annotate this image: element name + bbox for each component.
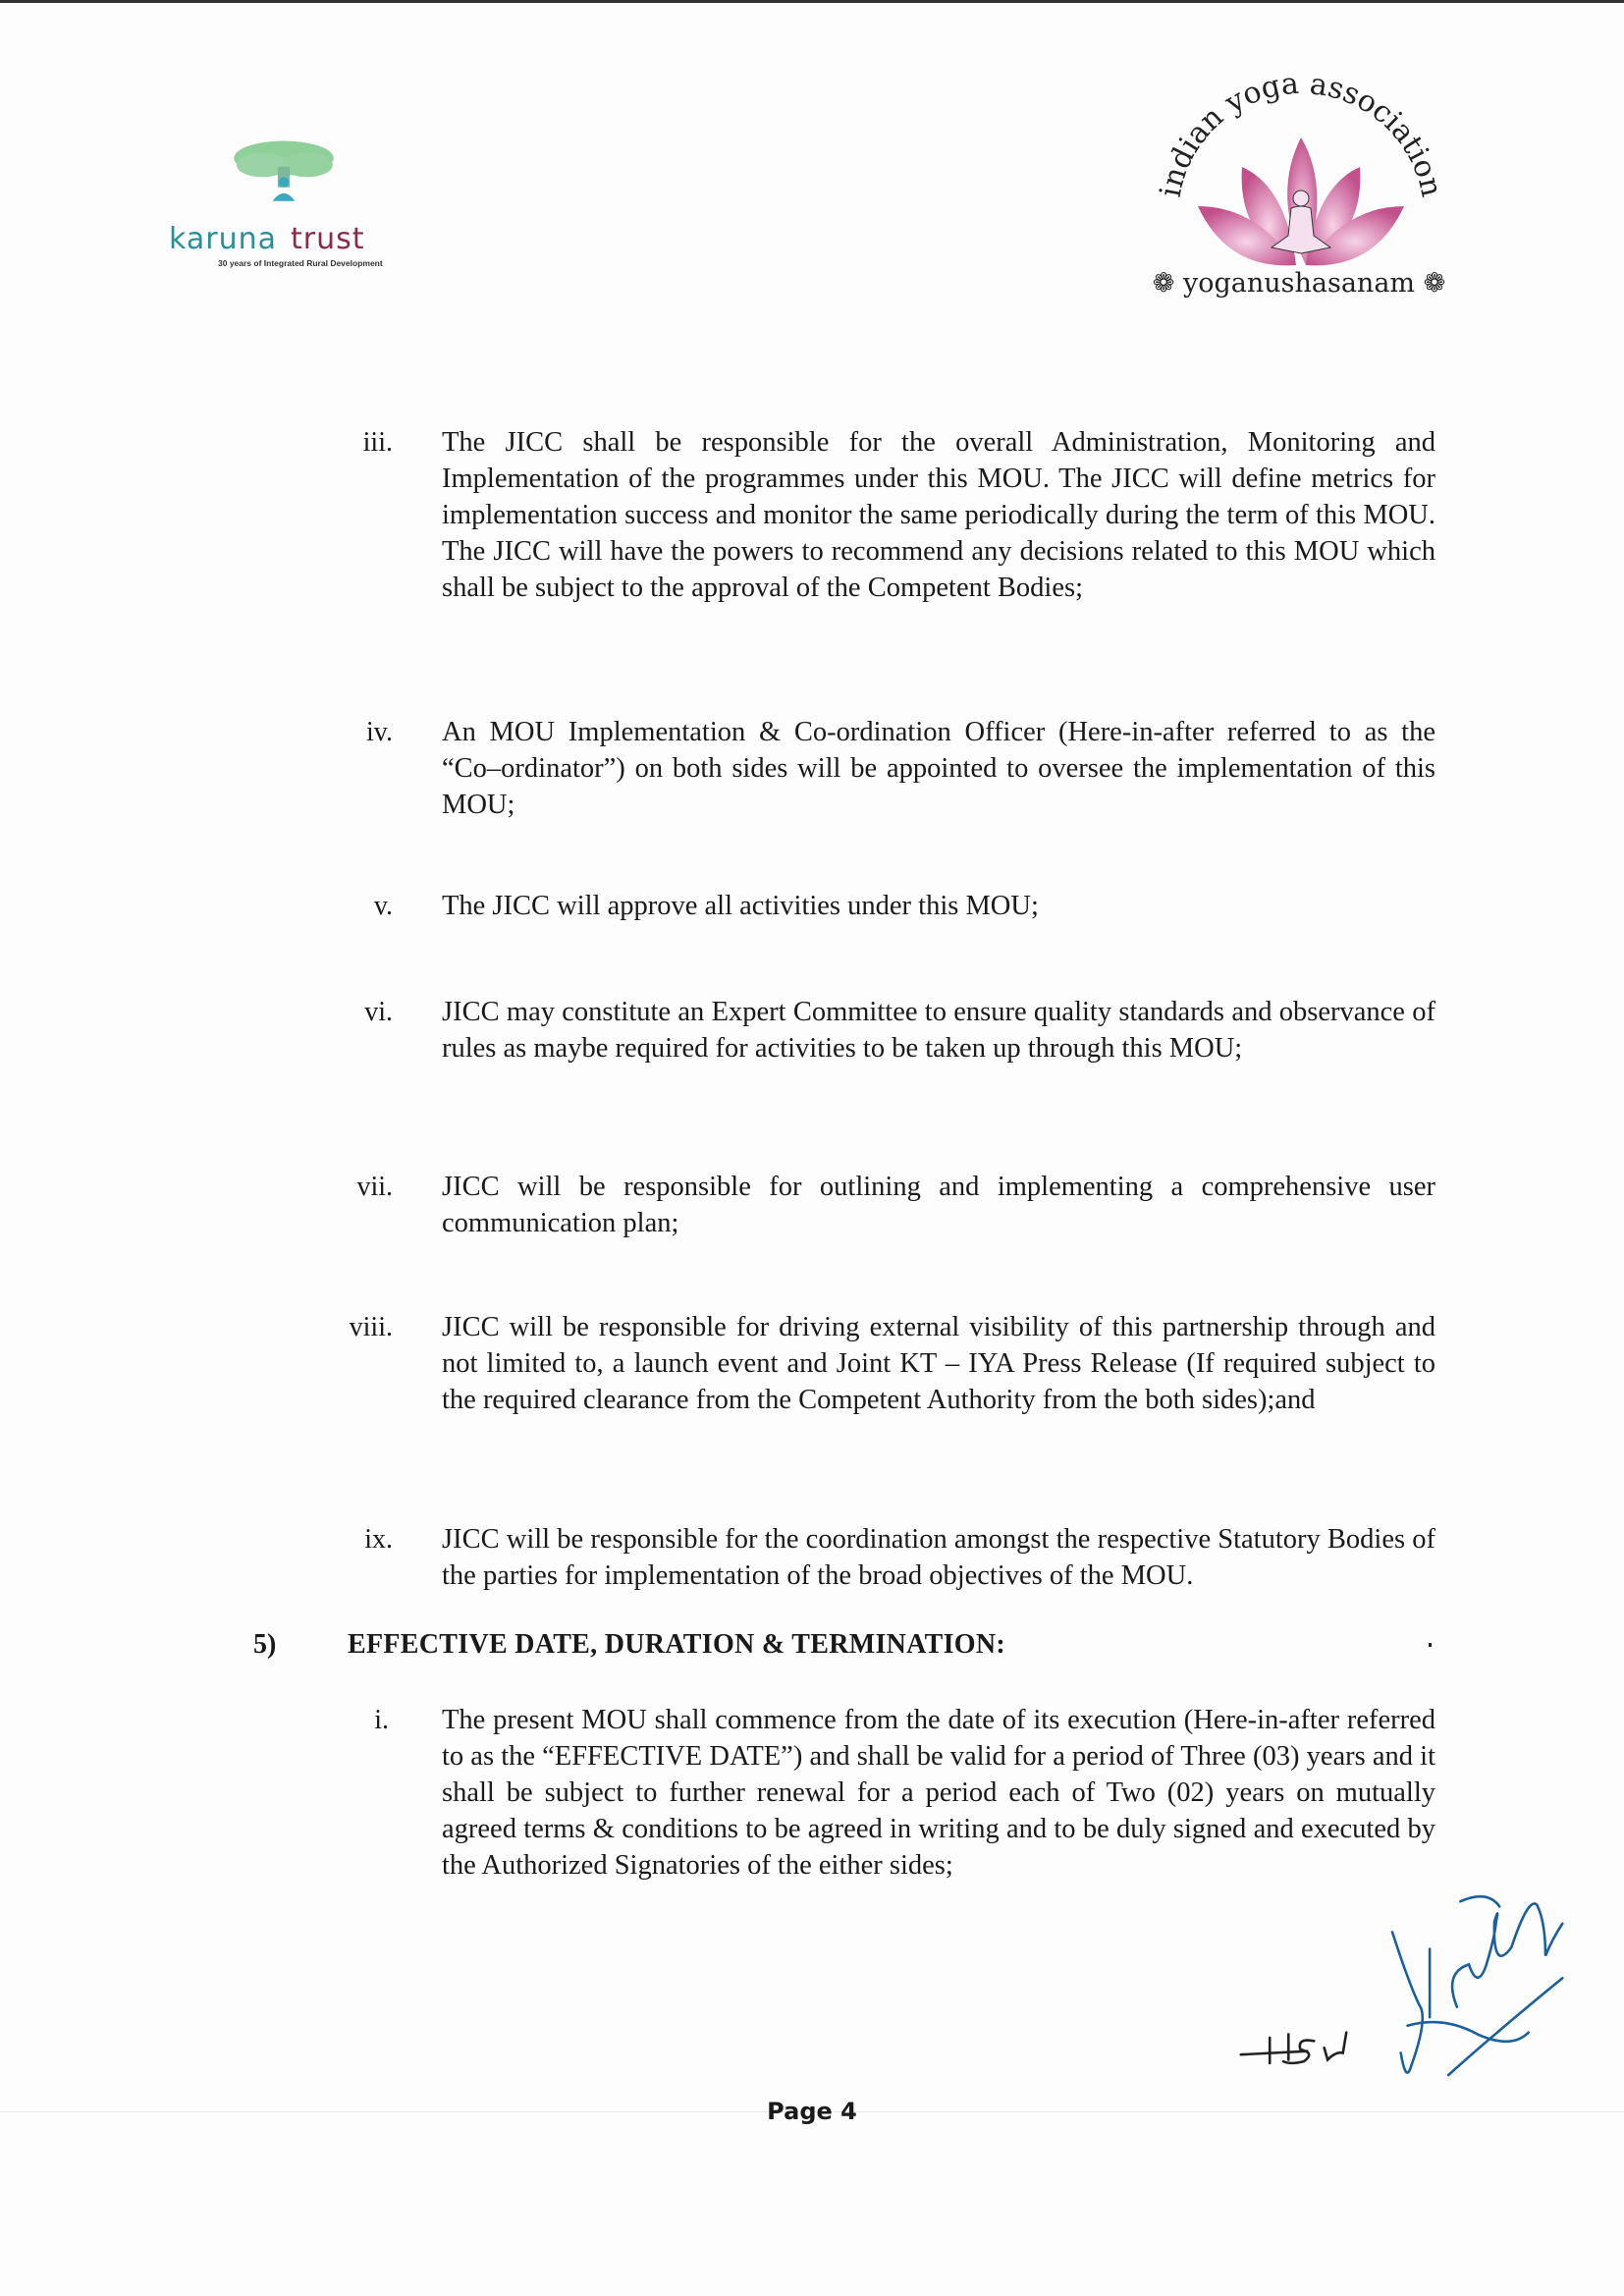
kamlesh-signature	[1392, 1896, 1562, 2075]
page-number: Page 4	[0, 2098, 1624, 2125]
karuna-trust-logo: karunatrust 30 years of Integrated Rural…	[169, 128, 405, 275]
karuna-trust-tagline: 30 years of Integrated Rural Development	[218, 258, 383, 268]
signatures	[1168, 1871, 1591, 2126]
tree-meditator-icon	[220, 137, 348, 206]
karuna-trust-wordmark: karunatrust	[169, 222, 405, 256]
scan-top-edge	[0, 0, 1624, 3]
iya-motto: ❁ yoganushasanam ❁	[1137, 268, 1461, 299]
initials-signature	[1241, 2033, 1346, 2063]
scan-speck	[1429, 1643, 1432, 1647]
lotus-ornament-icon: ❁	[1424, 268, 1446, 299]
section-heading: EFFECTIVE DATE, DURATION & TERMINATION:	[348, 1626, 1005, 1663]
lotus-ornament-icon: ❁	[1153, 268, 1175, 299]
section-number: 5)	[253, 1626, 276, 1663]
